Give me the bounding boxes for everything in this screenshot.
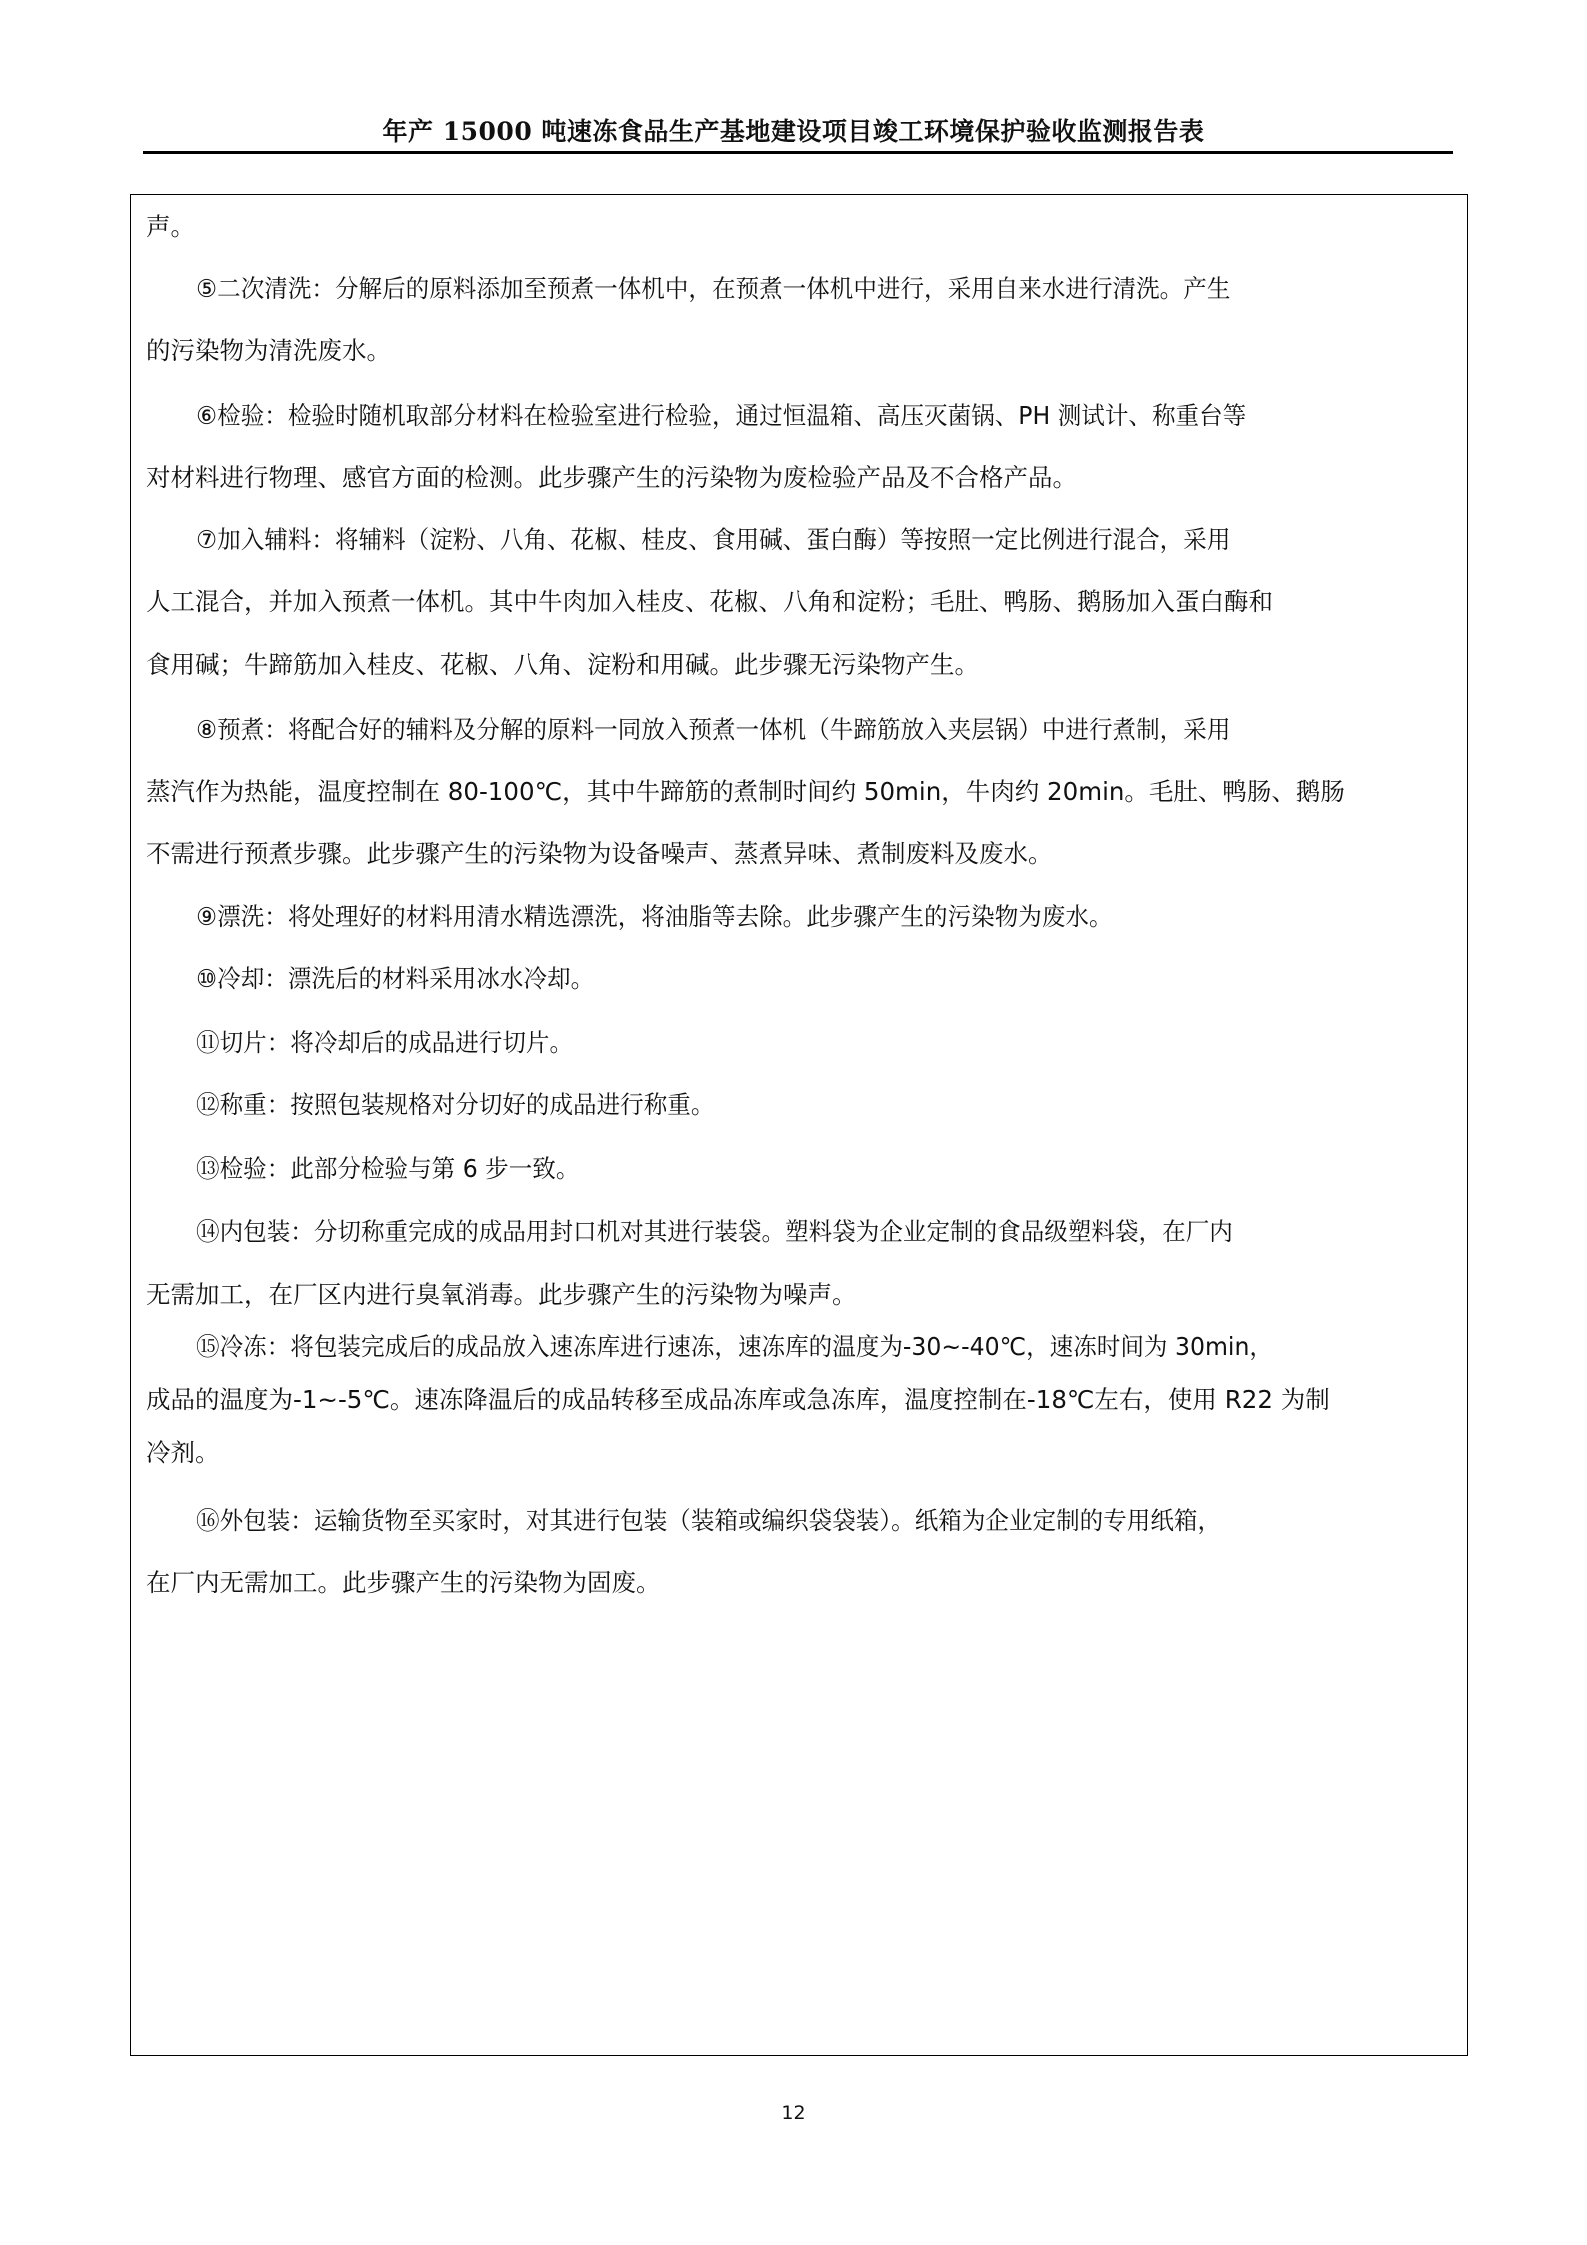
text-line: 成品的温度为-1~-5℃。速冻降温后的成品转移至成品冻库或急冻库，温度控制在-1… bbox=[146, 1385, 1456, 1415]
text-line: ⑧预煮：将配合好的辅料及分解的原料一同放入预煮一体机（牛蹄筋放入夹层锅）中进行煮… bbox=[196, 715, 1456, 745]
page-number: 12 bbox=[0, 2102, 1587, 2124]
text-line: ⑬检验：此部分检验与第 6 步一致。 bbox=[196, 1154, 1456, 1184]
header-divider bbox=[143, 151, 1453, 154]
text-line: 声。 bbox=[146, 212, 1456, 242]
text-line: ⑩冷却：漂洗后的材料采用冰水冷却。 bbox=[196, 964, 1456, 994]
text-line: 无需加工，在厂区内进行臭氧消毒。此步骤产生的污染物为噪声。 bbox=[146, 1280, 1456, 1310]
text-line: 人工混合，并加入预煮一体机。其中牛肉加入桂皮、花椒、八角和淀粉；毛肚、鸭肠、鹅肠… bbox=[146, 587, 1456, 617]
text-line: ⑤二次清洗：分解后的原料添加至预煮一体机中，在预煮一体机中进行，采用自来水进行清… bbox=[196, 274, 1456, 304]
text-line: ⑥检验：检验时随机取部分材料在检验室进行检验，通过恒温箱、高压灭菌锅、PH 测试… bbox=[196, 401, 1456, 431]
text-line: ⑦加入辅料：将辅料（淀粉、八角、花椒、桂皮、食用碱、蛋白酶）等按照一定比例进行混… bbox=[196, 525, 1456, 555]
text-line: 食用碱；牛蹄筋加入桂皮、花椒、八角、淀粉和用碱。此步骤无污染物产生。 bbox=[146, 650, 1456, 680]
text-line: 在厂内无需加工。此步骤产生的污染物为固废。 bbox=[146, 1568, 1456, 1598]
text-line: ⑭内包装：分切称重完成的成品用封口机对其进行装袋。塑料袋为企业定制的食品级塑料袋… bbox=[196, 1217, 1456, 1247]
text-line: ⑫称重：按照包装规格对分切好的成品进行称重。 bbox=[196, 1090, 1456, 1120]
text-line: ⑪切片：将冷却后的成品进行切片。 bbox=[196, 1028, 1456, 1058]
text-line: ⑨漂洗：将处理好的材料用清水精选漂洗，将油脂等去除。此步骤产生的污染物为废水。 bbox=[196, 902, 1456, 932]
text-line: ⑮冷冻：将包装完成后的成品放入速冻库进行速冻，速冻库的温度为-30~-40℃，速… bbox=[196, 1332, 1456, 1362]
text-line: 冷剂。 bbox=[146, 1438, 1456, 1468]
text-line: 不需进行预煮步骤。此步骤产生的污染物为设备噪声、蒸煮异味、煮制废料及废水。 bbox=[146, 839, 1456, 869]
text-line: 蒸汽作为热能，温度控制在 80-100℃，其中牛蹄筋的煮制时间约 50min，牛… bbox=[146, 777, 1456, 807]
text-line: 对材料进行物理、感官方面的检测。此步骤产生的污染物为废检验产品及不合格产品。 bbox=[146, 463, 1456, 493]
report-header-title: 年产 15000 吨速冻食品生产基地建设项目竣工环境保护验收监测报告表 bbox=[0, 112, 1587, 148]
text-line: 的污染物为清洗废水。 bbox=[146, 336, 1456, 366]
text-line: ⑯外包装：运输货物至买家时，对其进行包装（装箱或编织袋袋装）。纸箱为企业定制的专… bbox=[196, 1506, 1456, 1536]
